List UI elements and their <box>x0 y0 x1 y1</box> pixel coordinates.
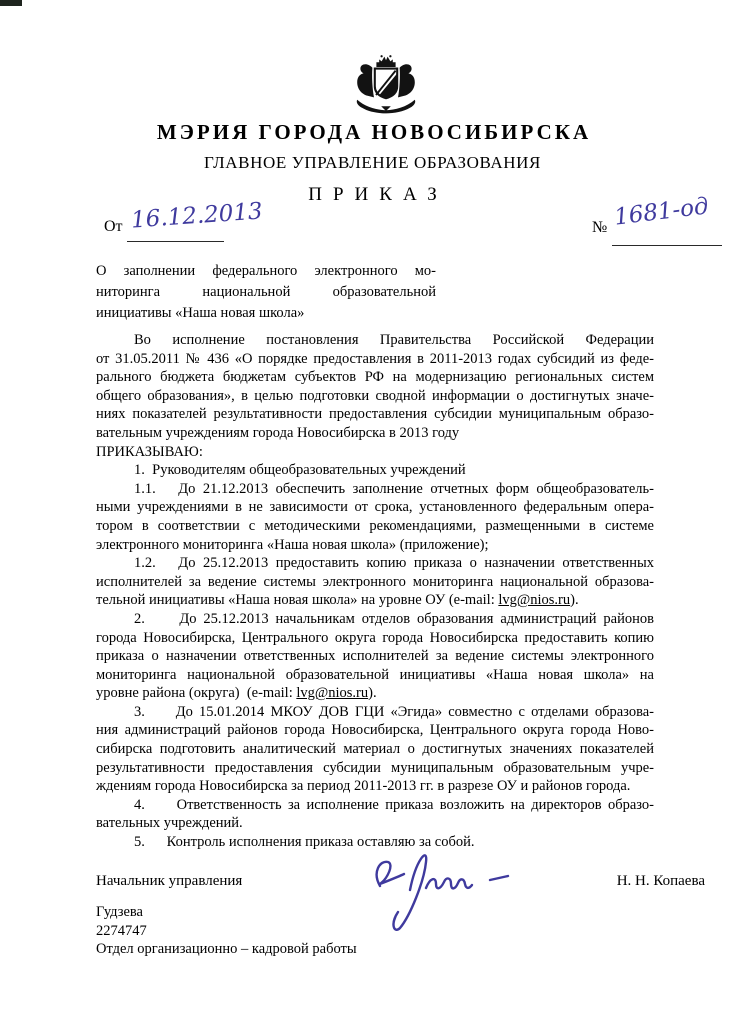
text-segment: сибирска подготовить аналитический матер… <box>96 741 654 757</box>
text-line: ПРИКАЗЫВАЮ: <box>96 443 654 462</box>
text-line: ниторинга национальной образовательной <box>96 282 436 303</box>
text-line: 4. Ответственность за исполнение приказа… <box>96 796 654 815</box>
text-line: сибирска подготовить аналитический матер… <box>96 740 654 759</box>
date-underline <box>127 241 224 242</box>
signatory-name: Н. Н. Копаева <box>617 873 705 890</box>
scan-artifact <box>0 0 22 6</box>
text-segment: 1.1. До 21.12.2013 обеспечить заполнение… <box>134 481 654 497</box>
text-line: приказа о назначении ответственных испол… <box>96 647 654 666</box>
footer-block: Гудзева 2274747 Отдел организационно – к… <box>96 903 357 959</box>
text-segment: инициативы «Наша новая школа» <box>96 305 304 321</box>
text-line: мониторинга национальной образовательной… <box>96 666 654 685</box>
text-line: О заполнении федерального электронного м… <box>96 261 436 282</box>
organization-name: МЭРИЯ ГОРОДА НОВОСИБИРСКА <box>0 120 745 145</box>
text-line: 3. До 15.01.2014 МКОУ ДОВ ГЦИ «Эгида» со… <box>96 703 654 722</box>
text-segment: 2. До 25.12.2013 начальникам отделов обр… <box>134 611 654 627</box>
text-segment: ). <box>570 592 578 608</box>
text-line: города Новосибирска, Центрального округа… <box>96 629 654 648</box>
text-line: тельной инициативы «Наша новая школа» на… <box>96 591 654 610</box>
text-segment: 1.2. До 25.12.2013 предоставить копию пр… <box>134 555 654 571</box>
text-line: рального бюджета бюджетам субъектов РФ н… <box>96 368 654 387</box>
text-line: ниях показателей результативности предос… <box>96 405 654 424</box>
text-line: инициативы «Наша новая школа» <box>96 303 436 324</box>
text-segment: уровне района (округа) (e-mail: <box>96 685 296 701</box>
signatory-position: Начальник управления <box>96 873 242 890</box>
document-page: МЭРИЯ ГОРОДА НОВОСИБИРСКА ГЛАВНОЕ УПРАВЛ… <box>0 0 745 1024</box>
email-text: lvg@nios.ru <box>498 592 570 608</box>
number-underline <box>612 245 722 246</box>
text-segment: ). <box>368 685 376 701</box>
text-line: ния администраций районов города Новосиб… <box>96 721 654 740</box>
date-label: От <box>104 218 123 236</box>
text-segment: рального бюджета бюджетам субъектов РФ н… <box>96 369 654 385</box>
text-line: результативности предоставления субсидии… <box>96 759 654 778</box>
text-line: от 31.05.2011 № 436 «О порядке предостав… <box>96 350 654 369</box>
text-segment: вательным учреждениям города Новосибирск… <box>96 425 459 441</box>
text-line: 2. До 25.12.2013 начальникам отделов обр… <box>96 610 654 629</box>
text-line: ждениям города Новосибирска за период 20… <box>96 777 654 796</box>
department-name: ГЛАВНОЕ УПРАВЛЕНИЕ ОБРАЗОВАНИЯ <box>0 153 745 173</box>
text-line: Во исполнение постановления Правительств… <box>96 331 654 350</box>
number-label: № <box>592 219 607 237</box>
text-segment: вательных учреждений. <box>96 815 243 831</box>
text-line: уровне района (округа) (e-mail: lvg@nios… <box>96 684 654 703</box>
text-segment: О заполнении федерального электронного м… <box>96 263 436 279</box>
text-line: 1. Руководителям общеобразовательных учр… <box>96 461 654 480</box>
text-line: 1.1. До 21.12.2013 обеспечить заполнение… <box>96 480 654 499</box>
text-line: тором в соответствии с методическими рек… <box>96 517 654 536</box>
text-segment: города Новосибирска, Центрального округа… <box>96 630 654 646</box>
text-line: ными учреждениями в не зависимости от ср… <box>96 498 654 517</box>
text-line: исполнителей за ведение системы электрон… <box>96 573 654 592</box>
text-segment: Во исполнение постановления Правительств… <box>134 332 654 348</box>
order-body: Во исполнение постановления Правительств… <box>96 331 654 852</box>
text-segment: тельной инициативы «Наша новая школа» на… <box>96 592 498 608</box>
text-segment: 1. Руководителям общеобразовательных учр… <box>134 462 466 478</box>
text-line: вательных учреждений. <box>96 814 654 833</box>
text-segment: 4. Ответственность за исполнение приказа… <box>134 797 654 813</box>
email-text: lvg@nios.ru <box>296 685 368 701</box>
text-segment: мониторинга национальной образовательной… <box>96 667 654 683</box>
executor-phone: 2274747 <box>96 922 357 941</box>
text-segment: ными учреждениями в не зависимости от ср… <box>96 499 654 515</box>
text-segment: ния администраций районов города Новосиб… <box>96 722 654 738</box>
executor-department: Отдел организационно – кадровой работы <box>96 940 357 959</box>
text-segment: ПРИКАЗЫВАЮ: <box>96 444 203 460</box>
text-line: электронного мониторинга «Наша новая шко… <box>96 536 654 555</box>
text-segment: приказа о назначении ответственных испол… <box>96 648 654 664</box>
text-segment: тором в соответствии с методическими рек… <box>96 518 654 534</box>
novosibirsk-coat-of-arms-icon <box>346 55 426 119</box>
text-segment: электронного мониторинга «Наша новая шко… <box>96 537 489 553</box>
text-segment: ждениям города Новосибирска за период 20… <box>96 778 630 794</box>
text-segment: общего образования», в целью подготовки … <box>96 388 654 404</box>
text-line: общего образования», в целью подготовки … <box>96 387 654 406</box>
text-segment: результативности предоставления субсидии… <box>96 760 654 776</box>
signature-scribble-icon <box>352 838 522 938</box>
text-segment: ниях показателей результативности предос… <box>96 406 654 422</box>
text-segment: исполнителей за ведение системы электрон… <box>96 574 654 590</box>
text-segment: от 31.05.2011 № 436 «О порядке предостав… <box>96 351 654 367</box>
text-segment: 3. До 15.01.2014 МКОУ ДОВ ГЦИ «Эгида» со… <box>134 704 654 720</box>
subject-block: О заполнении федерального электронного м… <box>96 261 436 324</box>
text-segment: ниторинга национальной образовательной <box>96 284 436 300</box>
text-line: вательным учреждениям города Новосибирск… <box>96 424 654 443</box>
text-line: 1.2. До 25.12.2013 предоставить копию пр… <box>96 554 654 573</box>
executor-name: Гудзева <box>96 903 357 922</box>
